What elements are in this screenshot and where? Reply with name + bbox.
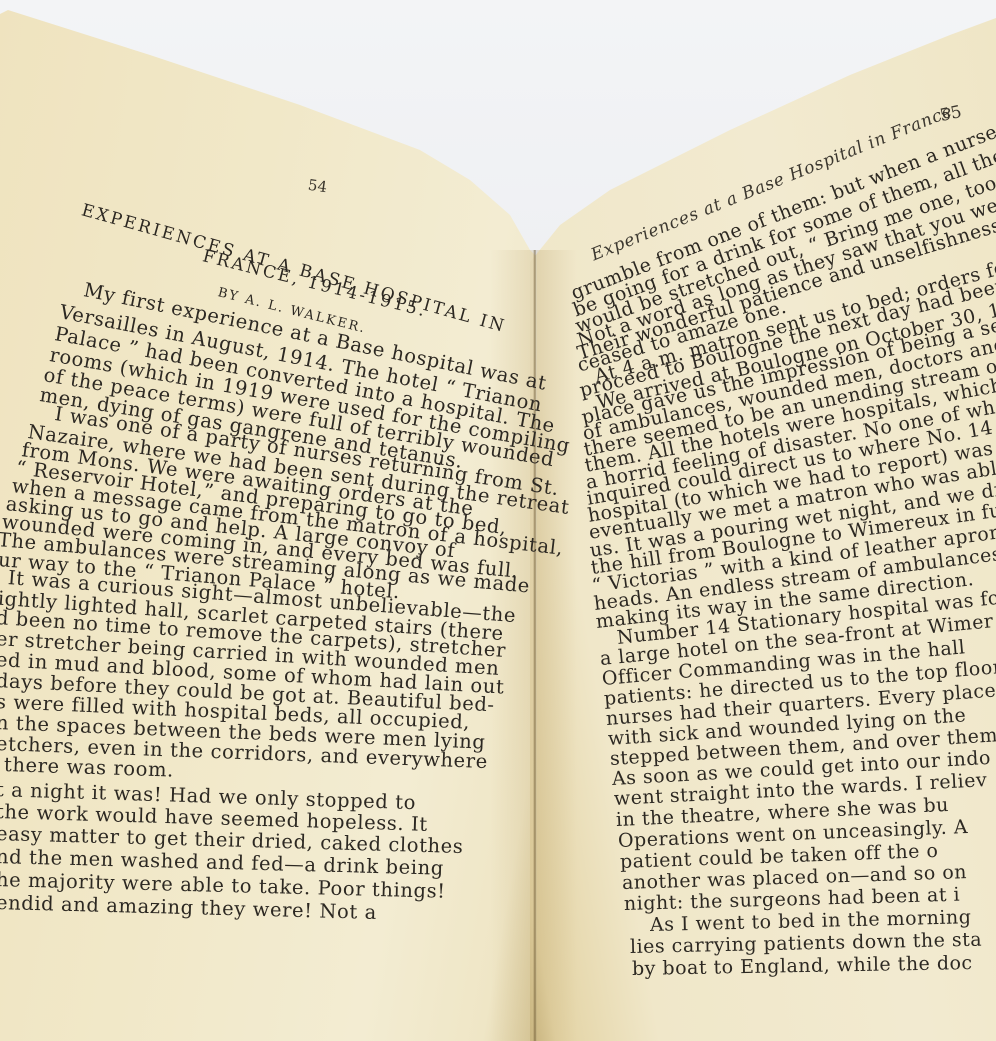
page-number-left: 54 [307, 176, 328, 196]
gutter-shadow-right [537, 250, 577, 1041]
